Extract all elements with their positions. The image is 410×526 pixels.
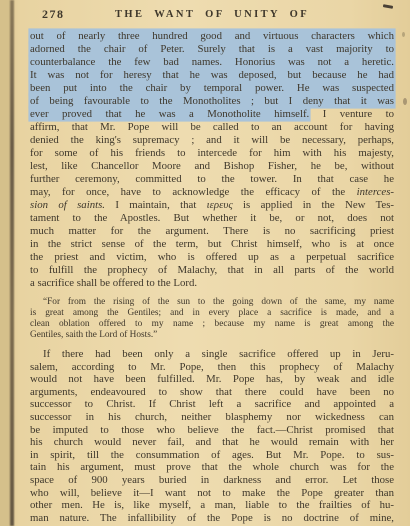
text-segment: is applied in the New Tes- — [233, 199, 394, 211]
text-line: his church would never fail, and that he… — [30, 436, 394, 449]
text-segment: further ceremony, committed to the tower… — [30, 173, 394, 185]
text-segment: the priest and victim, who is offered up… — [30, 251, 394, 263]
scan-edge-strip — [0, 0, 10, 526]
text-segment: for some of his friends to intercede for… — [30, 147, 394, 159]
text-segment: much matter for the argument. There is n… — [30, 225, 394, 237]
page-header: 278 THE WANT OF UNITY OF — [30, 6, 394, 24]
scanned-book-page: 278 THE WANT OF UNITY OF out of nearly t… — [0, 0, 410, 526]
highlighted-text: ever proved that he was a Monotholite hi… — [30, 108, 309, 120]
text-segment: in the strict sense of the term, but Chr… — [30, 238, 394, 250]
text-segment: denied the king's supremacy ; and it wil… — [30, 134, 394, 146]
text-segment: arguments, endeavoured to show that ther… — [30, 386, 394, 398]
text-segment: man nature. The infallibility of the Pop… — [30, 512, 394, 524]
text-line: Gentiles, saith the Lord of Hosts.” — [30, 330, 394, 341]
page-number: 278 — [42, 7, 65, 22]
text-line: sion of saints. I maintain, that ιερευς … — [30, 199, 394, 212]
text-line: space of 900 years buried in darkness an… — [30, 474, 394, 487]
text-line: tament to the Apostles. But whether it b… — [30, 212, 394, 225]
text-segment: tament to the Apostles. But whether it b… — [30, 212, 394, 224]
text-segment: interces- — [357, 186, 394, 198]
text-line: in spirit, till the consummation of ages… — [30, 449, 394, 462]
text-line: tain his argument, must prove that the w… — [30, 461, 394, 474]
text-segment: If there had been only a single sacrific… — [43, 348, 394, 360]
text-line: arguments, endeavoured to show that ther… — [30, 386, 394, 399]
text-line: adorned the chair of Peter. Surely that … — [30, 43, 394, 56]
text-line: of being favourable to the Monotholites … — [30, 95, 394, 108]
scan-edge-shadow — [10, 0, 14, 526]
text-line: “For from the rising of the sun to the g… — [30, 297, 394, 308]
text-line: affirm, that Mr. Pope will be called to … — [30, 121, 394, 134]
scan-artifact — [402, 32, 405, 37]
text-segment: sion of saints. — [30, 199, 105, 211]
text-segment: to fulfill the prophecy of Malachy, that… — [30, 264, 394, 276]
text-segment: lest, like Chancellor Moore and Bishop F… — [30, 160, 394, 172]
text-segment: a sacrifice shall be offered to the Lord… — [30, 277, 197, 289]
text-segment: who will, believe it—I want not to make … — [30, 487, 394, 499]
text-segment: affirm, that Mr. Pope will be called to … — [30, 121, 394, 133]
running-header: THE WANT OF UNITY OF — [30, 6, 394, 20]
text-line: man nature. The infallibility of the Pop… — [30, 512, 394, 525]
text-segment: I maintain, that — [105, 199, 207, 211]
text-segment: other men. He is, like myself, a man, li… — [30, 499, 394, 511]
highlighted-text: of being favourable to the Monotholites … — [30, 95, 394, 107]
text-segment: tain his argument, must prove that the w… — [30, 461, 394, 473]
text-line: been put into the chair by temporal powe… — [30, 82, 394, 95]
highlighted-text: It was not for heresy that he was depose… — [30, 69, 394, 81]
text-segment: may, for once, have to acknowledge the e… — [30, 186, 357, 198]
text-line: be imputed to those who believe the fact… — [30, 424, 394, 437]
text-segment: successor to Christ. If Christ left a sa… — [30, 398, 394, 410]
text-segment: be imputed to those who believe the fact… — [30, 424, 394, 436]
scan-artifact — [403, 98, 407, 105]
text-line: ever proved that he was a Monotholite hi… — [30, 108, 394, 121]
text-line: lest, like Chancellor Moore and Bishop F… — [30, 160, 394, 173]
text-segment: Gentiles, saith the Lord of Hosts.” — [30, 330, 157, 340]
body-paragraph-2: If there had been only a single sacrific… — [30, 348, 394, 524]
text-block: out of nearly three hundred good and vir… — [30, 30, 394, 524]
text-line: out of nearly three hundred good and vir… — [30, 30, 394, 43]
text-line: in the strict sense of the term, but Chr… — [30, 238, 394, 251]
text-line: for some of his friends to intercede for… — [30, 147, 394, 160]
highlighted-text: adorned the chair of Peter. Surely that … — [30, 43, 394, 55]
text-segment: would not have been fulfilled. Mr. Pope … — [30, 373, 394, 385]
text-segment: ιερευς — [207, 199, 233, 211]
text-segment: “For from the rising of the sun to the g… — [43, 297, 394, 307]
text-line: denied the king's supremacy ; and it wil… — [30, 134, 394, 147]
text-line: successor in his church, neither blasphe… — [30, 411, 394, 424]
text-line: successor to Christ. If Christ left a sa… — [30, 398, 394, 411]
text-segment: is great among the Gentiles; and in ever… — [30, 308, 394, 318]
text-segment: clean oblation offered to my name ; beca… — [30, 319, 394, 329]
highlighted-text: out of nearly three hundred good and vir… — [30, 30, 394, 42]
text-line: would not have been fulfilled. Mr. Pope … — [30, 373, 394, 386]
text-line: further ceremony, committed to the tower… — [30, 173, 394, 186]
text-segment: space of 900 years buried in darkness an… — [30, 474, 394, 486]
text-line: It was not for heresy that he was depose… — [30, 69, 394, 82]
text-segment: successor in his church, neither blasphe… — [30, 411, 394, 423]
text-line: the priest and victim, who is offered up… — [30, 251, 394, 264]
text-line: clean oblation offered to my name ; beca… — [30, 319, 394, 330]
text-segment: I venture to — [309, 108, 394, 120]
text-line: who will, believe it—I want not to make … — [30, 487, 394, 500]
text-segment: his church would never fail, and that he… — [30, 436, 394, 448]
text-line: counterbalance the few bad names. Honori… — [30, 56, 394, 69]
text-line: to fulfill the prophecy of Malachy, that… — [30, 264, 394, 277]
scripture-quote: “For from the rising of the sun to the g… — [30, 297, 394, 341]
text-line: other men. He is, like myself, a man, li… — [30, 499, 394, 512]
text-line: salem, according to Mr. Pope, then this … — [30, 361, 394, 374]
text-line: a sacrifice shall be offered to the Lord… — [30, 277, 394, 290]
body-paragraph-1: out of nearly three hundred good and vir… — [30, 30, 394, 290]
text-segment: in spirit, till the consummation of ages… — [30, 449, 394, 461]
text-line: much matter for the argument. There is n… — [30, 225, 394, 238]
text-line: is great among the Gentiles; and in ever… — [30, 308, 394, 319]
text-segment: salem, according to Mr. Pope, then this … — [30, 361, 394, 373]
highlighted-text: counterbalance the few bad names. Honori… — [30, 56, 394, 68]
highlighted-text: been put into the chair by temporal powe… — [30, 82, 394, 94]
text-line: If there had been only a single sacrific… — [30, 348, 394, 361]
text-line: may, for once, have to acknowledge the e… — [30, 186, 394, 199]
